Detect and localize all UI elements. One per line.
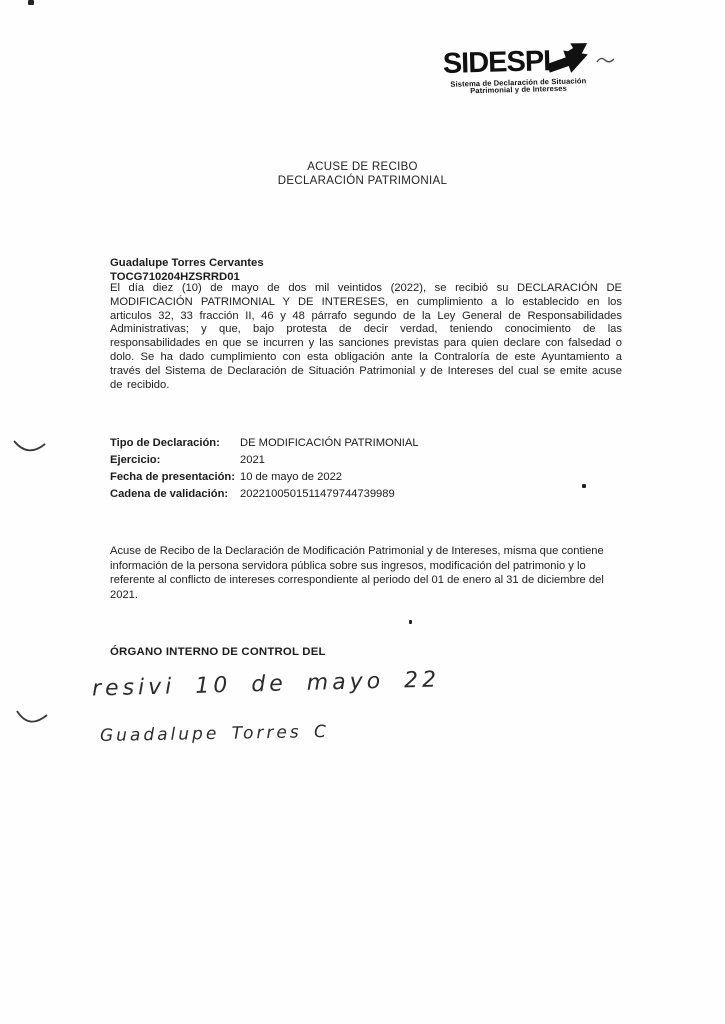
field-row-tipo: Tipo de Declaración: DE MODIFICACIÓN PAT… — [110, 437, 419, 454]
handwritten-receipt-note: resivi 10 de mayo 22 — [92, 667, 441, 701]
scan-arc-mark-2 — [14, 708, 50, 730]
summary-paragraph: Acuse de Recibo de la Declaración de Mod… — [110, 544, 628, 602]
scan-speck-top — [28, 0, 34, 5]
field-row-fecha: Fecha de presentación: 10 de mayo de 202… — [110, 471, 419, 488]
office-heading: ÓRGANO INTERNO DE CONTROL DEL — [110, 646, 326, 658]
field-label-fecha: Fecha de presentación: — [110, 471, 240, 488]
field-value-ejercicio: 2021 — [240, 454, 419, 471]
title-line-2: DECLARACIÓN PATRIMONIAL — [0, 174, 725, 188]
field-row-ejercicio: Ejercicio: 2021 — [110, 454, 419, 471]
field-value-cadena: 2022100501511479744739989 — [240, 488, 419, 505]
scan-squiggle-mark — [596, 54, 616, 66]
field-label-ejercicio: Ejercicio: — [110, 454, 240, 471]
scan-speck-middle — [409, 620, 412, 624]
handwritten-signature: Guadalupe Torres C — [100, 722, 329, 746]
body-paragraph: El día diez (10) de mayo de dos mil vein… — [110, 282, 622, 392]
logo-brand-text: SIDESPI — [442, 45, 550, 81]
document-title: ACUSE DE RECIBO DECLARACIÓN PATRIMONIAL — [0, 160, 725, 188]
recipient-block: Guadalupe Torres Cervantes TOCG710204HZS… — [110, 257, 264, 284]
sidespi-logo: SIDESPI Sistema de Declaración de Situac… — [442, 42, 593, 96]
field-label-cadena: Cadena de validación: — [110, 488, 240, 505]
title-line-1: ACUSE DE RECIBO — [0, 160, 725, 174]
field-row-cadena: Cadena de validación: 202210050151147974… — [110, 488, 419, 505]
arrow-icon — [547, 32, 594, 79]
scan-arc-mark-1 — [12, 438, 48, 458]
scan-speck-right — [582, 484, 586, 488]
declaration-fields: Tipo de Declaración: DE MODIFICACIÓN PAT… — [110, 437, 419, 505]
field-label-tipo: Tipo de Declaración: — [110, 437, 240, 454]
field-value-tipo: DE MODIFICACIÓN PATRIMONIAL — [240, 437, 419, 454]
field-value-fecha: 10 de mayo de 2022 — [240, 471, 419, 488]
document-page: SIDESPI Sistema de Declaración de Situac… — [0, 0, 725, 1024]
recipient-name: Guadalupe Torres Cervantes — [110, 257, 264, 271]
